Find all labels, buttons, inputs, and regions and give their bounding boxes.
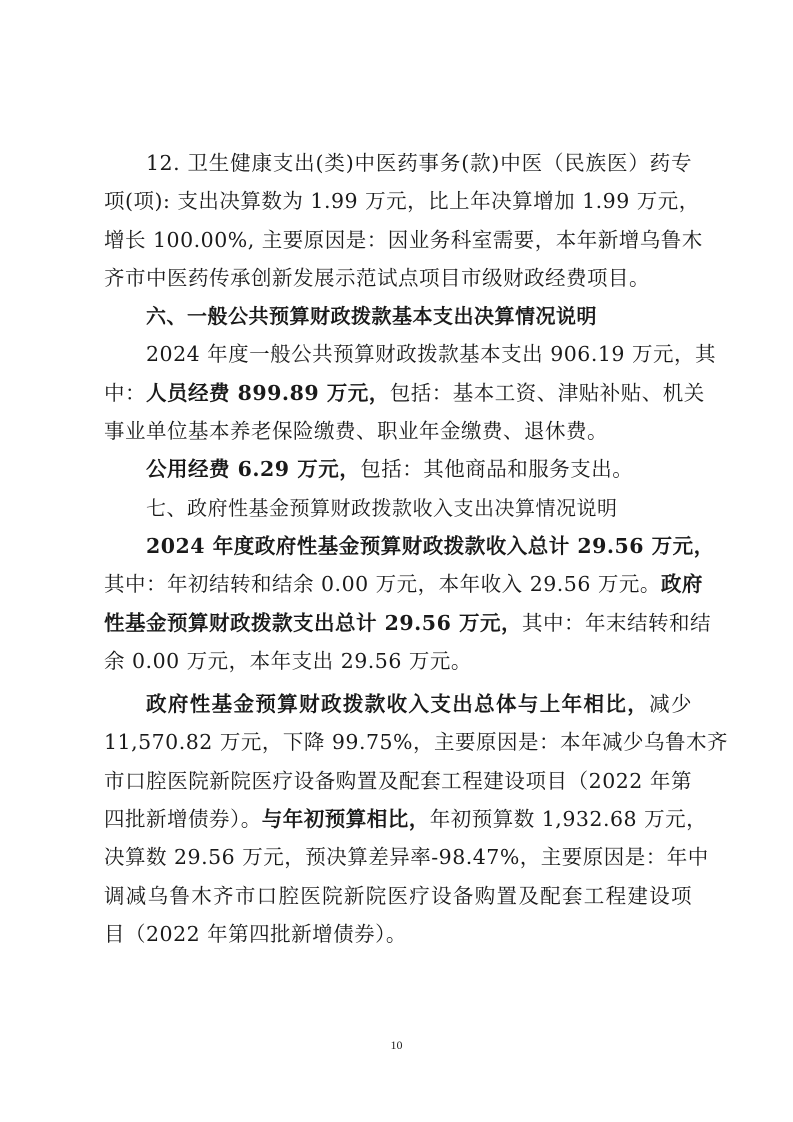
text-line: 11,570.82 万元，下降 99.75%，主要原因是：本年减少乌鲁木齐 <box>104 723 692 761</box>
text-line: 中：人员经费 899.89 万元，包括：基本工资、津贴补贴、机关 <box>104 374 692 412</box>
text-line: 项(项): 支出决算数为 1.99 万元，比上年决算增加 1.99 万元， <box>104 182 692 220</box>
bold-text: 公用经费 6.29 万元， <box>146 457 360 481</box>
text-line: 12. 卫生健康支出(类)中医药事务(款)中医（民族医）药专 <box>104 144 692 182</box>
text-line: 齐市中医药传承创新发展示范试点项目市级财政经费项目。 <box>104 259 692 297</box>
bold-text: 与年初预算相比， <box>262 807 430 831</box>
bold-text: 政府 <box>661 572 703 596</box>
section-heading-6: 六、一般公共预算财政拨款基本支出决算情况说明 <box>104 297 692 335</box>
text-line: 调减乌鲁木齐市口腔医院新院医疗设备购置及配套工程建设项 <box>104 877 692 915</box>
page-number: 10 <box>0 1038 793 1053</box>
text: 其中：年末结转和结 <box>522 611 711 635</box>
text-line: 性基金预算财政拨款支出总计 29.56 万元，其中：年末结转和结 <box>104 604 692 642</box>
text-line: 政府性基金预算财政拨款收入支出总体与上年相比，减少 <box>104 685 692 723</box>
bold-text: 政府性基金预算财政拨款收入支出总体与上年相比， <box>146 692 649 716</box>
document-body: 12. 卫生健康支出(类)中医药事务(款)中医（民族医）药专 项(项): 支出决… <box>104 144 692 953</box>
text-line: 事业单位基本养老保险缴费、职业年金缴费、退休费。 <box>104 412 692 450</box>
text: 包括：基本工资、津贴补贴、机关 <box>390 381 705 405</box>
text: 中： <box>104 381 146 405</box>
text: 其中：年初结转和结余 0.00 万元，本年收入 29.56 万元。 <box>104 572 661 596</box>
text: 减少 <box>649 692 692 716</box>
text: 四批新增债券）。 <box>104 807 262 831</box>
text-line: 其中：年初结转和结余 0.00 万元，本年收入 29.56 万元。政府 <box>104 565 692 603</box>
text: 年初预算数 1,932.68 万元， <box>430 807 707 831</box>
text: 包括：其他商品和服务支出。 <box>360 457 633 481</box>
bold-text: 人员经费 899.89 万元， <box>146 381 390 405</box>
section-heading-7: 七、政府性基金预算财政拨款收入支出决算情况说明 <box>104 489 692 527</box>
text-line: 增长 100.00%, 主要原因是：因业务科室需要，本年新增乌鲁木 <box>104 221 692 259</box>
bold-text: 性基金预算财政拨款支出总计 29.56 万元， <box>104 611 522 635</box>
text-line: 公用经费 6.29 万元，包括：其他商品和服务支出。 <box>104 450 692 488</box>
text-line: 2024 年度一般公共预算财政拨款基本支出 906.19 万元，其 <box>104 335 692 373</box>
text-line: 四批新增债券）。与年初预算相比，年初预算数 1,932.68 万元， <box>104 800 692 838</box>
text-line: 余 0.00 万元，本年支出 29.56 万元。 <box>104 642 692 680</box>
text-line: 决算数 29.56 万元，预决算差异率-98.47%，主要原因是：年中 <box>104 838 692 876</box>
bold-line: 2024 年度政府性基金预算财政拨款收入总计 29.56 万元， <box>104 527 692 565</box>
text-line: 目（2022 年第四批新增债券）。 <box>104 915 692 953</box>
text-line: 市口腔医院新院医疗设备购置及配套工程建设项目（2022 年第 <box>104 762 692 800</box>
